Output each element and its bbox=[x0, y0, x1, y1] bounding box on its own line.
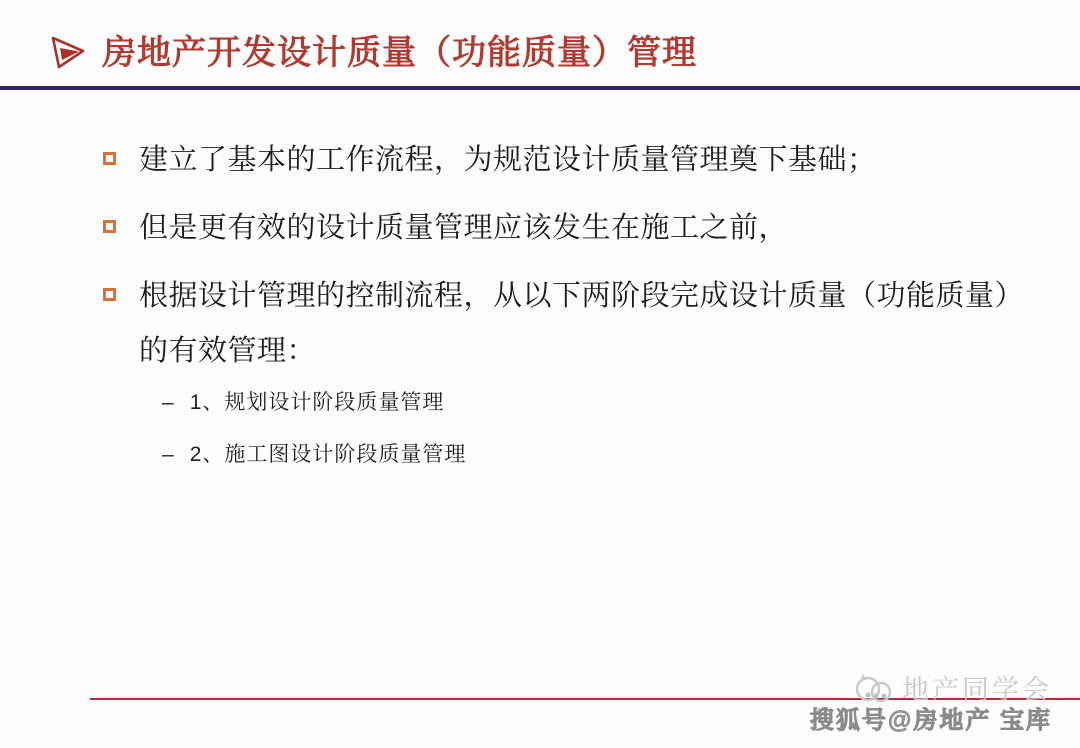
slide-header: 房地产开发设计质量（功能质量）管理 bbox=[0, 0, 1080, 86]
watermark-brand-text: 地产同学会 bbox=[902, 672, 1052, 708]
bullet-text: 但是更有效的设计质量管理应该发生在施工之前， bbox=[139, 201, 788, 256]
list-item: – 2、施工图设计阶段质量管理 bbox=[162, 440, 466, 470]
header-divider bbox=[0, 86, 1080, 90]
sub-bullet-text: 2、施工图设计阶段质量管理 bbox=[190, 440, 467, 470]
bullet-list: 建立了基本的工作流程，为规范设计质量管理奠下基础； 但是更有效的设计质量管理应该… bbox=[103, 133, 1023, 392]
page-title: 房地产开发设计质量（功能质量）管理 bbox=[102, 30, 697, 76]
bullet-text: 建立了基本的工作流程，为规范设计质量管理奠下基础； bbox=[139, 133, 877, 188]
list-item: 但是更有效的设计质量管理应该发生在施工之前， bbox=[103, 201, 1023, 256]
sub-bullet-text: 1、规划设计阶段质量管理 bbox=[190, 388, 445, 418]
sub-bullet-list: – 1、规划设计阶段质量管理 – 2、施工图设计阶段质量管理 bbox=[162, 388, 466, 492]
dash-bullet-icon: – bbox=[162, 388, 174, 418]
title-block: 房地产开发设计质量（功能质量）管理 bbox=[50, 30, 697, 76]
watermark-source-text: 搜狐号@房地产 宝库 bbox=[810, 706, 1052, 736]
hollow-square-bullet-icon bbox=[103, 288, 116, 301]
watermark-brand-row: 地产同学会 bbox=[810, 672, 1052, 708]
list-item: – 1、规划设计阶段质量管理 bbox=[162, 388, 466, 418]
list-item: 建立了基本的工作流程，为规范设计质量管理奠下基础； bbox=[103, 133, 1023, 188]
list-item: 根据设计管理的控制流程，从以下两阶段完成设计质量（功能质量）的有效管理： bbox=[103, 269, 1023, 379]
hollow-square-bullet-icon bbox=[103, 220, 116, 233]
hollow-square-bullet-icon bbox=[103, 152, 116, 165]
chevron-right-3d-icon bbox=[50, 36, 86, 70]
bullet-text: 根据设计管理的控制流程，从以下两阶段完成设计质量（功能质量）的有效管理： bbox=[139, 269, 1019, 379]
watermark: 地产同学会 搜狐号@房地产 宝库 bbox=[810, 672, 1052, 736]
owl-face-logo-icon bbox=[854, 672, 898, 708]
dash-bullet-icon: – bbox=[162, 440, 174, 470]
